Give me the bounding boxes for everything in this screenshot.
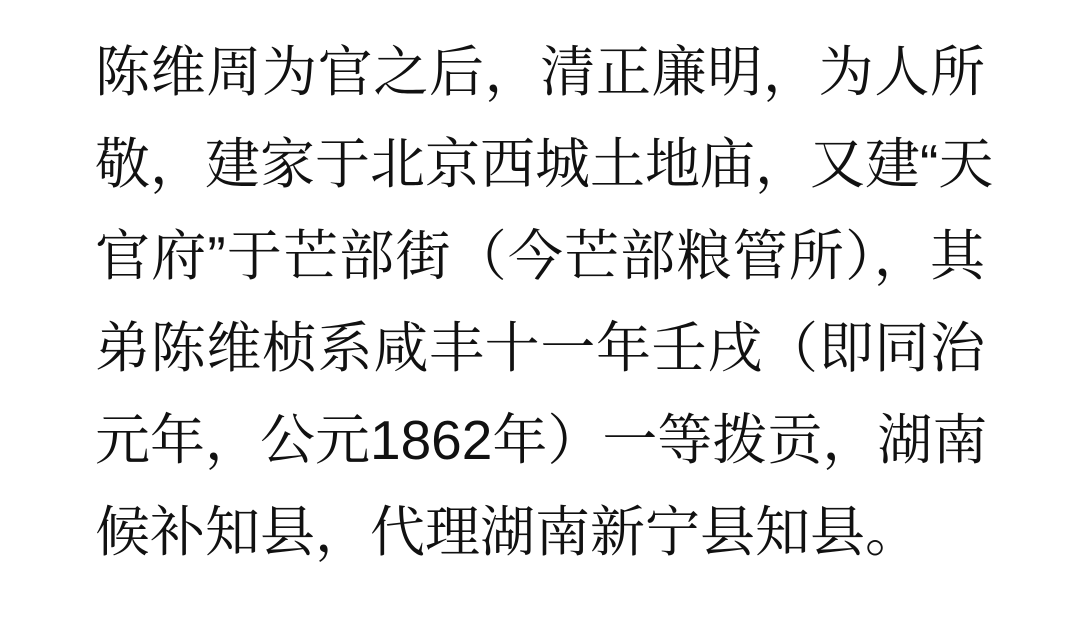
text-line: 候补知县，代理湖南新宁县知县。 [95, 486, 985, 578]
text-line: 元年，公元1862年）一等拨贡，湖南 [95, 394, 985, 486]
text-line: 敬，建家于北京西城土地庙，又建“天 [95, 118, 985, 210]
article-page: 陈维周为官之后，清正廉明，为人所 敬，建家于北京西城土地庙，又建“天 官府”于芒… [0, 0, 1080, 638]
text-line: 弟陈维桢系咸丰十一年壬戌（即同治 [95, 302, 985, 394]
text-line: 官府”于芒部街（今芒部粮管所），其 [95, 210, 985, 302]
article-paragraph: 陈维周为官之后，清正廉明，为人所 敬，建家于北京西城土地庙，又建“天 官府”于芒… [95, 26, 985, 578]
text-line: 陈维周为官之后，清正廉明，为人所 [95, 26, 985, 118]
